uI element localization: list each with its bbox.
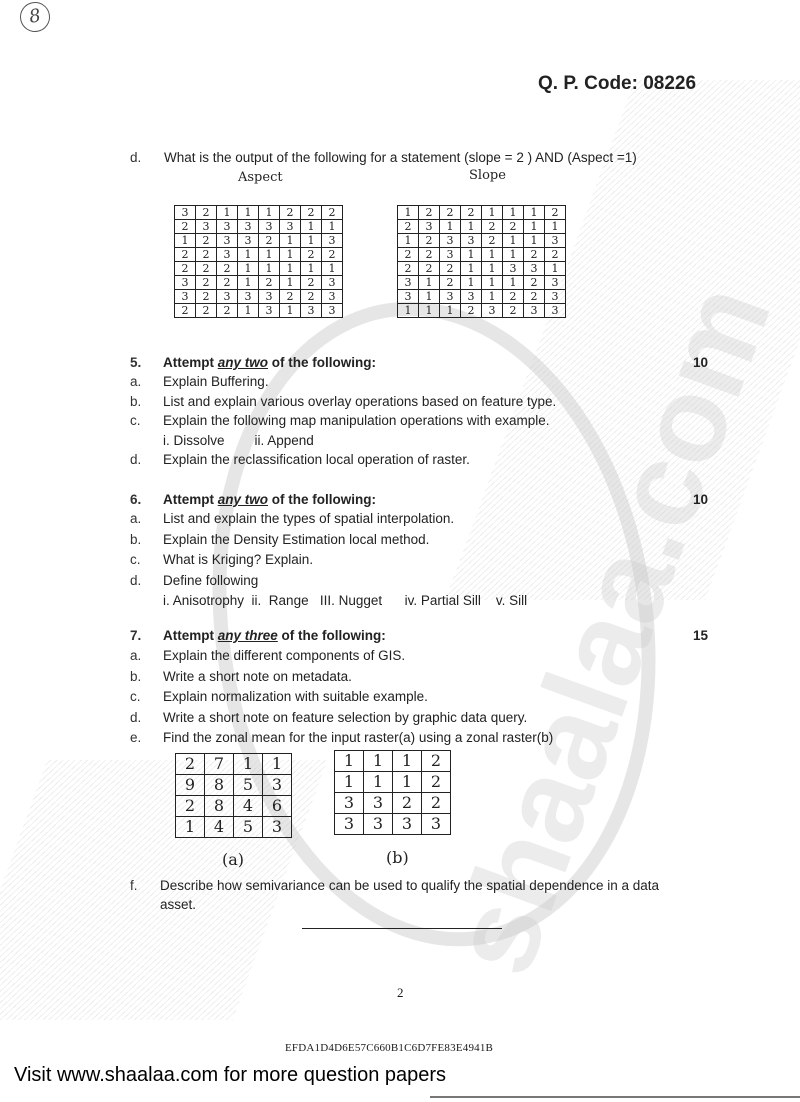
aspect-cell: 1 — [217, 206, 238, 220]
slope-cell: 3 — [524, 304, 545, 318]
slope-row: 22311122 — [398, 248, 566, 262]
q7-marks: 15 — [693, 628, 708, 643]
slope-cell: 1 — [461, 262, 482, 276]
q7-heading: Attempt any three of the following: — [163, 628, 386, 643]
slope-cell: 2 — [524, 290, 545, 304]
q7-item-label: c. — [130, 689, 141, 704]
q7-item-text: Write a short note on metadata. — [163, 669, 352, 684]
raster-b-cell: 2 — [422, 772, 451, 793]
slope-cell: 2 — [482, 234, 503, 248]
raster-a-caption: (a) — [222, 850, 244, 869]
slope-cell: 2 — [419, 262, 440, 276]
aspect-row: 22311122 — [175, 248, 343, 262]
aspect-cell: 2 — [301, 248, 322, 262]
raster-b-cell: 1 — [335, 772, 364, 793]
slope-row: 12221112 — [398, 206, 566, 220]
question-paper-code: Q. P. Code: 08226 — [538, 73, 696, 95]
aspect-cell: 1 — [238, 248, 259, 262]
slope-cell: 2 — [503, 220, 524, 234]
slope-cell: 1 — [461, 248, 482, 262]
aspect-cell: 3 — [259, 290, 280, 304]
aspect-cell: 2 — [217, 262, 238, 276]
raster-b-cell: 1 — [364, 772, 393, 793]
raster-a-cell: 5 — [234, 775, 263, 796]
raster-b-cell: 3 — [335, 814, 364, 835]
raster-a-cell: 4 — [234, 796, 263, 817]
slope-cell: 1 — [440, 304, 461, 318]
q6-item-text: Define following — [163, 573, 258, 588]
q7-item-label: d. — [130, 710, 141, 725]
slope-cell: 1 — [503, 206, 524, 220]
exam-page: shaalaa.com 8 Q. P. Code: 08226 d. What … — [0, 0, 800, 1102]
slope-cell: 3 — [524, 262, 545, 276]
aspect-cell: 1 — [280, 248, 301, 262]
aspect-cell: 2 — [322, 248, 343, 262]
raster-a-cell: 8 — [205, 796, 234, 817]
aspect-cell: 2 — [217, 276, 238, 290]
aspect-cell: 1 — [238, 276, 259, 290]
aspect-cell: 3 — [238, 290, 259, 304]
q6-item-label: a. — [130, 511, 141, 526]
aspect-cell: 3 — [259, 220, 280, 234]
aspect-cell: 3 — [217, 234, 238, 248]
aspect-cell: 1 — [322, 262, 343, 276]
slope-cell: 2 — [524, 276, 545, 290]
q7f-text-line1: Describe how semivariance can be used to… — [160, 878, 659, 893]
aspect-cell: 2 — [196, 206, 217, 220]
aspect-row: 32212123 — [175, 276, 343, 290]
slope-cell: 2 — [440, 262, 461, 276]
aspect-cell: 2 — [217, 304, 238, 318]
aspect-cell: 1 — [322, 220, 343, 234]
raster-b-row: 3333 — [335, 814, 451, 835]
aspect-cell: 1 — [238, 206, 259, 220]
aspect-cell: 2 — [322, 206, 343, 220]
aspect-cell: 2 — [196, 234, 217, 248]
q6-item-text: List and explain the types of spatial in… — [163, 511, 454, 526]
q6-item-text: i. Anisotrophy ii. Range III. Nugget iv.… — [163, 593, 527, 608]
slope-cell: 1 — [545, 220, 566, 234]
slope-cell: 1 — [482, 276, 503, 290]
aspect-row: 12332113 — [175, 234, 343, 248]
q7-item-label: b. — [130, 669, 141, 684]
q6-item-label: d. — [130, 573, 141, 588]
aspect-cell: 2 — [301, 290, 322, 304]
q7-item-label: e. — [130, 730, 141, 745]
slope-cell: 1 — [398, 234, 419, 248]
slope-cell: 1 — [503, 248, 524, 262]
q4d-label: d. — [130, 150, 141, 165]
aspect-cell: 2 — [196, 304, 217, 318]
slope-cell: 3 — [503, 262, 524, 276]
slope-cell: 2 — [440, 276, 461, 290]
aspect-cell: 1 — [280, 276, 301, 290]
paper-hash: EFDA1D4D6E57C660B1C6D7FE83E4941B — [285, 1042, 493, 1054]
aspect-row: 23333311 — [175, 220, 343, 234]
q7-item-text: Find the zonal mean for the input raster… — [163, 730, 553, 745]
aspect-cell: 2 — [196, 276, 217, 290]
q7-item-text: Write a short note on feature selection … — [163, 710, 527, 725]
aspect-cell: 2 — [259, 234, 280, 248]
slope-caption: Slope — [469, 168, 506, 183]
slope-row: 31331223 — [398, 290, 566, 304]
aspect-cell: 2 — [280, 206, 301, 220]
aspect-cell: 3 — [259, 304, 280, 318]
aspect-cell: 1 — [259, 262, 280, 276]
aspect-row: 22213133 — [175, 304, 343, 318]
q7f-label: f. — [130, 878, 138, 893]
aspect-cell: 2 — [196, 248, 217, 262]
q5-item-label: a. — [130, 374, 141, 389]
aspect-caption: Aspect — [238, 170, 283, 185]
raster-a-cell: 8 — [205, 775, 234, 796]
raster-a-row: 2711 — [176, 754, 292, 775]
slope-cell: 2 — [419, 206, 440, 220]
q6-number: 6. — [130, 492, 141, 507]
aspect-cell: 1 — [238, 304, 259, 318]
q6-heading: Attempt any two of the following: — [163, 492, 376, 507]
aspect-cell: 2 — [175, 262, 196, 276]
q5-item-text: Explain the reclassification local opera… — [163, 452, 470, 467]
slope-cell: 2 — [398, 220, 419, 234]
slope-cell: 3 — [545, 234, 566, 248]
raster-b-cell: 1 — [335, 751, 364, 772]
raster-a-cell: 4 — [205, 817, 234, 838]
q6-item-text: What is Kriging? Explain. — [163, 552, 313, 567]
slope-cell: 2 — [545, 248, 566, 262]
raster-b-cell: 1 — [364, 751, 393, 772]
raster-a-cell: 2 — [176, 796, 205, 817]
aspect-cell: 1 — [259, 248, 280, 262]
raster-a-row: 1453 — [176, 817, 292, 838]
raster-b-row: 1112 — [335, 772, 451, 793]
raster-b-cell: 2 — [422, 793, 451, 814]
aspect-cell: 3 — [175, 206, 196, 220]
q7-item-text: Explain the different components of GIS. — [163, 648, 405, 663]
raster-a-row: 9853 — [176, 775, 292, 796]
q5-item-label: b. — [130, 394, 141, 409]
raster-b-caption: (b) — [386, 848, 409, 867]
slope-cell: 1 — [440, 220, 461, 234]
slope-cell: 3 — [545, 276, 566, 290]
slope-cell: 3 — [461, 234, 482, 248]
aspect-cell: 3 — [217, 220, 238, 234]
raster-a-cell: 9 — [176, 775, 205, 796]
slope-cell: 3 — [398, 276, 419, 290]
q6-marks: 10 — [693, 492, 708, 507]
raster-a-cell: 2 — [176, 754, 205, 775]
q7-item-label: a. — [130, 648, 141, 663]
aspect-cell: 3 — [196, 220, 217, 234]
aspect-cell: 3 — [280, 220, 301, 234]
aspect-cell: 1 — [301, 262, 322, 276]
q5-number: 5. — [130, 355, 141, 370]
slope-cell: 1 — [461, 276, 482, 290]
slope-cell: 3 — [440, 290, 461, 304]
aspect-cell: 2 — [196, 290, 217, 304]
slope-raster-grid: 1222111223112211123321132231112222211331… — [397, 205, 566, 318]
q4d-text: What is the output of the following for … — [164, 150, 637, 165]
raster-b-cell: 1 — [393, 751, 422, 772]
q5-marks: 10 — [693, 355, 708, 370]
aspect-cell: 3 — [238, 234, 259, 248]
aspect-row: 22211111 — [175, 262, 343, 276]
slope-cell: 1 — [419, 290, 440, 304]
slope-cell: 1 — [524, 206, 545, 220]
slope-cell: 2 — [440, 206, 461, 220]
slope-cell: 1 — [461, 220, 482, 234]
q5-item-label: c. — [130, 413, 141, 428]
q5-item-label: d. — [130, 452, 141, 467]
slope-cell: 3 — [419, 220, 440, 234]
raster-b-row: 1112 — [335, 751, 451, 772]
raster-a-cell: 3 — [263, 775, 292, 796]
slope-cell: 1 — [503, 276, 524, 290]
q7f-text-line2: asset. — [160, 897, 196, 912]
slope-row: 11123233 — [398, 304, 566, 318]
slope-cell: 1 — [398, 206, 419, 220]
aspect-cell: 3 — [175, 290, 196, 304]
visit-link-text[interactable]: Visit www.shaalaa.com for more question … — [14, 1064, 446, 1087]
aspect-row: 32333223 — [175, 290, 343, 304]
aspect-row: 32111222 — [175, 206, 343, 220]
slope-cell: 2 — [482, 220, 503, 234]
aspect-cell: 2 — [196, 262, 217, 276]
raster-a-row: 2846 — [176, 796, 292, 817]
q6-item-label: b. — [130, 532, 141, 547]
q5-item-text: List and explain various overlay operati… — [163, 394, 556, 409]
raster-a-cell: 1 — [234, 754, 263, 775]
slope-cell: 1 — [419, 276, 440, 290]
aspect-raster-grid: 3211122223333311123321132231112222211111… — [174, 205, 343, 318]
slope-cell: 3 — [440, 248, 461, 262]
aspect-cell: 2 — [301, 206, 322, 220]
raster-b-cell: 3 — [364, 814, 393, 835]
zonal-raster-b: 1112111233223333 — [334, 750, 451, 835]
aspect-cell: 2 — [175, 304, 196, 318]
slope-cell: 2 — [398, 248, 419, 262]
q5-item-text: i. Dissolve ii. Append — [163, 433, 314, 448]
raster-a-cell: 1 — [176, 817, 205, 838]
aspect-cell: 1 — [280, 262, 301, 276]
slope-cell: 2 — [461, 206, 482, 220]
raster-b-cell: 3 — [422, 814, 451, 835]
slope-cell: 2 — [524, 248, 545, 262]
aspect-cell: 3 — [175, 276, 196, 290]
raster-b-cell: 1 — [393, 772, 422, 793]
aspect-cell: 2 — [175, 220, 196, 234]
slope-cell: 1 — [524, 220, 545, 234]
aspect-cell: 3 — [322, 290, 343, 304]
raster-b-cell: 3 — [335, 793, 364, 814]
input-raster-a: 2711985328461453 — [175, 753, 292, 838]
aspect-cell: 2 — [301, 276, 322, 290]
q5-heading: Attempt any two of the following: — [163, 355, 376, 370]
slope-cell: 3 — [440, 234, 461, 248]
q5-item-text: Explain Buffering. — [163, 374, 269, 389]
aspect-cell: 1 — [301, 234, 322, 248]
slope-cell: 1 — [398, 304, 419, 318]
aspect-cell: 1 — [301, 220, 322, 234]
raster-a-cell: 5 — [234, 817, 263, 838]
slope-row: 22211331 — [398, 262, 566, 276]
slope-cell: 1 — [482, 206, 503, 220]
raster-a-cell: 1 — [263, 754, 292, 775]
slope-cell: 1 — [482, 290, 503, 304]
q7-item-text: Explain normalization with suitable exam… — [163, 689, 428, 704]
raster-a-cell: 6 — [263, 796, 292, 817]
aspect-cell: 2 — [175, 248, 196, 262]
q7-number: 7. — [130, 628, 141, 643]
slope-cell: 2 — [419, 248, 440, 262]
slope-cell: 3 — [398, 290, 419, 304]
aspect-cell: 3 — [238, 220, 259, 234]
slope-cell: 3 — [482, 304, 503, 318]
raster-a-cell: 3 — [263, 817, 292, 838]
aspect-cell: 2 — [280, 290, 301, 304]
aspect-cell: 3 — [217, 290, 238, 304]
slope-cell: 2 — [419, 234, 440, 248]
slope-cell: 3 — [545, 290, 566, 304]
slope-cell: 3 — [545, 304, 566, 318]
aspect-cell: 3 — [322, 234, 343, 248]
aspect-cell: 1 — [280, 304, 301, 318]
aspect-cell: 3 — [322, 276, 343, 290]
page-number: 2 — [397, 985, 404, 1001]
slope-cell: 1 — [524, 234, 545, 248]
q5-item-text: Explain the following map manipulation o… — [163, 413, 549, 428]
scan-edge-line — [430, 1096, 800, 1098]
slope-cell: 1 — [482, 248, 503, 262]
raster-a-cell: 7 — [205, 754, 234, 775]
aspect-cell: 1 — [280, 234, 301, 248]
aspect-cell: 2 — [259, 276, 280, 290]
raster-b-cell: 2 — [393, 793, 422, 814]
slope-cell: 2 — [503, 304, 524, 318]
handwritten-page-mark: 8 — [18, 0, 53, 34]
raster-b-cell: 2 — [422, 751, 451, 772]
q6-item-text: Explain the Density Estimation local met… — [163, 532, 429, 547]
slope-cell: 1 — [482, 262, 503, 276]
aspect-cell: 1 — [175, 234, 196, 248]
raster-b-cell: 3 — [364, 793, 393, 814]
slope-cell: 2 — [503, 290, 524, 304]
raster-b-row: 3322 — [335, 793, 451, 814]
slope-cell: 1 — [503, 234, 524, 248]
aspect-cell: 1 — [238, 262, 259, 276]
slope-cell: 2 — [545, 206, 566, 220]
raster-b-cell: 3 — [393, 814, 422, 835]
aspect-cell: 1 — [259, 206, 280, 220]
slope-row: 12332113 — [398, 234, 566, 248]
q6-item-label: c. — [130, 552, 141, 567]
end-of-paper-rule — [302, 928, 502, 929]
slope-cell: 1 — [545, 262, 566, 276]
aspect-cell: 3 — [301, 304, 322, 318]
slope-cell: 2 — [398, 262, 419, 276]
slope-row: 23112211 — [398, 220, 566, 234]
slope-row: 31211123 — [398, 276, 566, 290]
slope-cell: 3 — [461, 290, 482, 304]
slope-cell: 2 — [461, 304, 482, 318]
slope-cell: 1 — [419, 304, 440, 318]
aspect-cell: 3 — [322, 304, 343, 318]
aspect-cell: 3 — [217, 248, 238, 262]
